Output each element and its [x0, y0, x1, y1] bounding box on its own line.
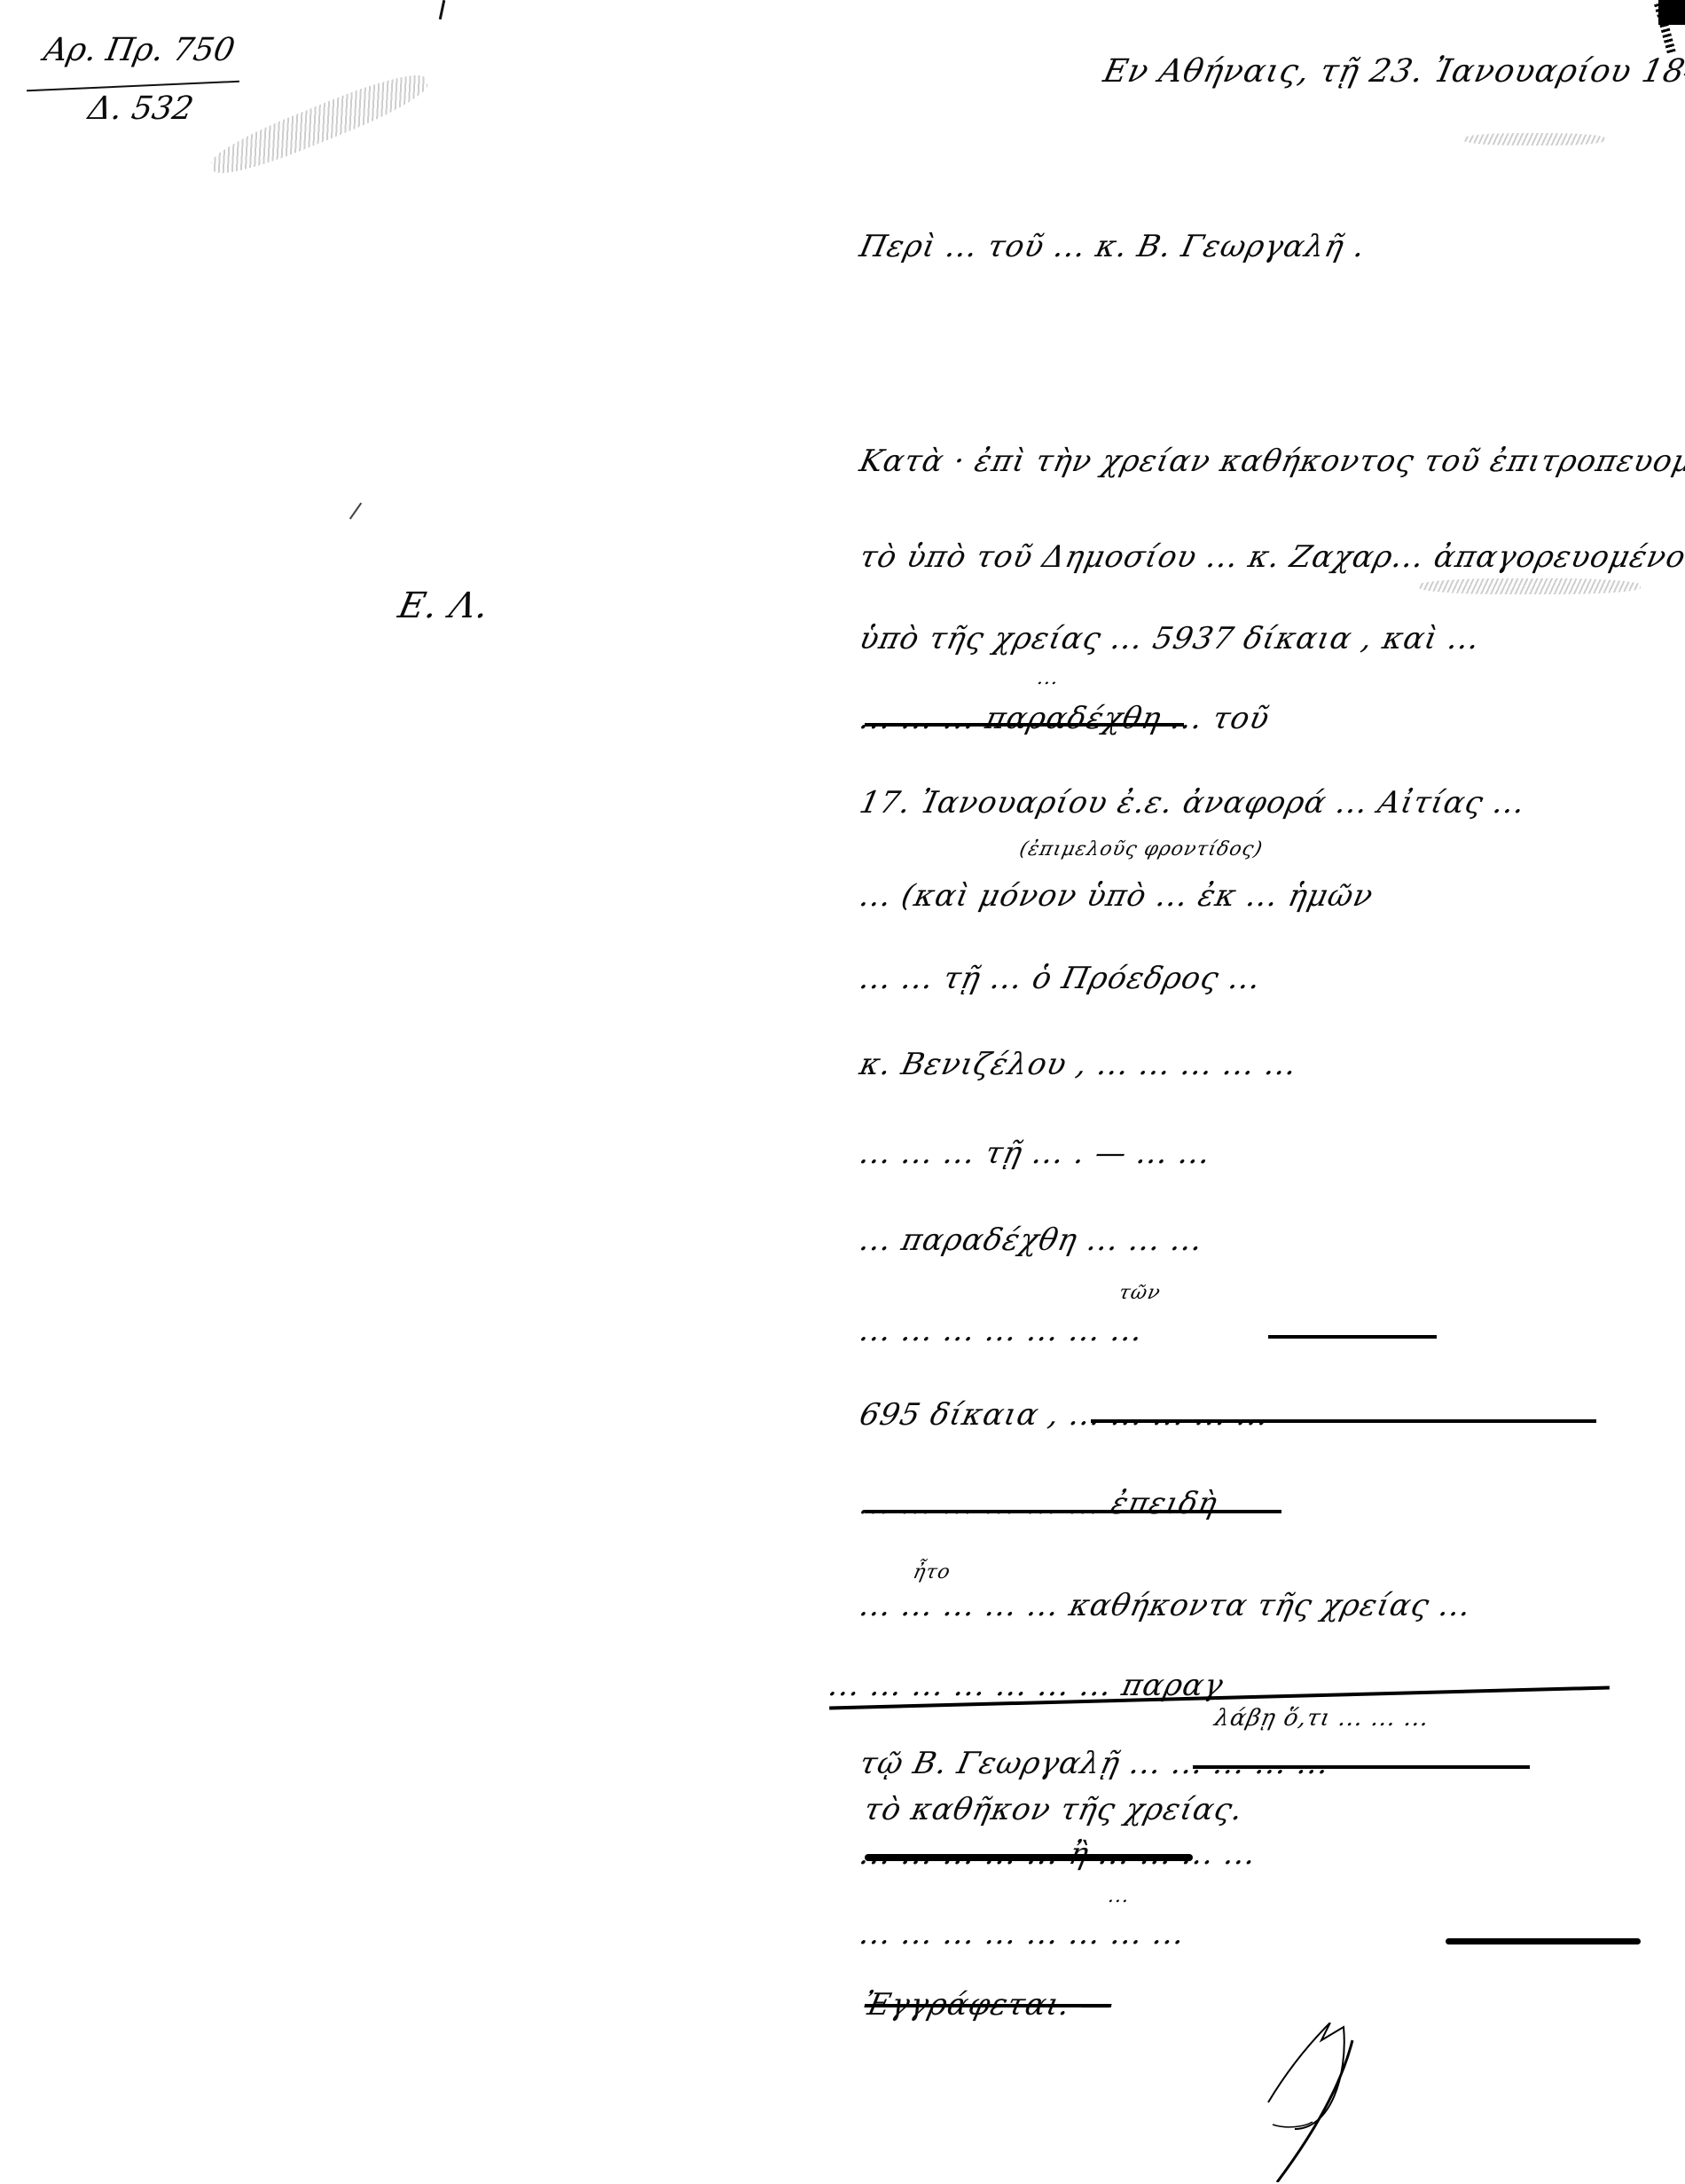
- body-line-5: 17. Ἰανουαρίου ἐ.ε. ἀναφορά ... Αἰτίας .…: [857, 785, 1529, 821]
- body-line-2: τὸ ὑπὸ τοῦ Δημοσίου ... κ. Ζαχαρ... ἀπαγ…: [857, 539, 1685, 575]
- manuscript-page: Αρ. Πρ. 750 Δ. 532 Εν Αθήναις, τῇ 23. Ἰα…: [0, 0, 1685, 2184]
- body-line-9: ... ... ... τῇ ... . — ... ...: [857, 1135, 1215, 1171]
- scan-smudge-body: [1419, 578, 1641, 594]
- body-line-6: ... (καὶ μόνον ὑπὸ ... ἐκ ... ἡμῶν: [857, 878, 1377, 914]
- body-line-4: ... ... ... παραδέχθη ... τοῦ: [857, 701, 1274, 736]
- body-line-8: κ. Βενιζέλου , ... ... ... ... ...: [857, 1047, 1301, 1082]
- body-line-20-struck: Ἐγγράφεται. —: [861, 1987, 1116, 2023]
- subject-line: Περὶ ... τοῦ ... κ. Β. Γεωργαλῆ .: [857, 229, 1369, 264]
- strikethrough-line-4: [865, 723, 1184, 727]
- body-line-11: ... ... ... ... ... ... ...: [857, 1313, 1147, 1348]
- body-line-7: ... ... τῇ ... ὁ Πρόεδρος ...: [857, 961, 1265, 996]
- dateline: Εν Αθήναις, τῇ 23. Ἰανουαρίου 1841: [1101, 53, 1685, 90]
- body-line-3: ὑπὸ τῆς χρείας ... 5937 δίκαια , καὶ ...: [857, 621, 1484, 656]
- insert-above-line-6: (ἐπιμελοῦς φροντίδος): [1017, 838, 1265, 860]
- strikethrough-line-18: [865, 1854, 1193, 1861]
- strikethrough-line-19: [1446, 1938, 1641, 1944]
- insert-above-line-16: λάβῃ ὅ,τι ... ... ...: [1212, 1705, 1432, 1732]
- insert-above-line-19: ...: [1106, 1885, 1132, 1907]
- insert-above-line-11: τῶν: [1117, 1282, 1163, 1304]
- insert-above-line-14: ἦτο: [911, 1561, 952, 1583]
- signature-monogram-icon: [1259, 2023, 1437, 2182]
- strikethrough-line-16: [1193, 1765, 1530, 1769]
- body-line-1: Κατὰ · ἐπὶ τὴν χρείαν καθήκοντος τοῦ ἐπι…: [857, 444, 1685, 479]
- body-line-19: ... ... ... ... ... ... ... ...: [857, 1916, 1189, 1952]
- body-line-13: ... ... ... ... ... ... ἐπειδὴ: [857, 1486, 1221, 1521]
- archive-ref-bottom: Δ. 532: [85, 90, 196, 127]
- scan-smudge-top-left: [206, 65, 433, 184]
- strikethrough-line-11: [1268, 1335, 1437, 1339]
- scan-artifact-tick: [439, 0, 446, 20]
- body-line-17: τὸ καθῆκον τῆς χρείας.: [861, 1792, 1247, 1827]
- insert-above-line-4: ...: [1035, 667, 1061, 689]
- body-line-14: ... ... ... ... ... καθήκοντα τῆς χρείας…: [857, 1588, 1475, 1623]
- body-line-10: ... παραδέχθη ... ... ...: [857, 1222, 1207, 1258]
- archive-ref-top: Αρ. Πρ. 750: [41, 32, 237, 68]
- scan-smudge-under-date: [1463, 133, 1605, 145]
- strikethrough-line-12: [1091, 1419, 1596, 1423]
- body-line-16: τῷ Β. Γεωργαλῇ ... ... ... ... ...: [857, 1746, 1333, 1781]
- strikethrough-line-13: [865, 1510, 1281, 1513]
- margin-stroke: [349, 502, 362, 519]
- body-line-12: 695 δίκαια , ... ... ... ... ...: [857, 1397, 1273, 1433]
- margin-note: Ε. Λ.: [395, 585, 493, 626]
